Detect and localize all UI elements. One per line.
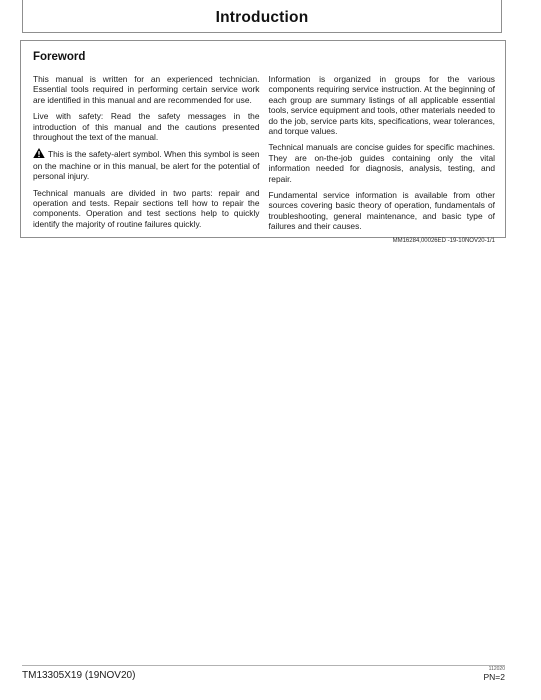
footer-right-block: 112020 PN=2 <box>484 666 506 682</box>
page-number: PN=2 <box>484 672 506 682</box>
document-number: TM13305X19 (19NOV20) <box>22 670 135 681</box>
two-column-text: This manual is written for an experience… <box>33 74 495 245</box>
paragraph: This manual is written for an experience… <box>33 74 260 105</box>
safety-alert-icon <box>33 148 45 160</box>
footer-divider <box>22 665 505 666</box>
intro-title-box: Introduction <box>22 0 502 33</box>
paragraph: This is the safety-alert symbol. When th… <box>33 149 260 181</box>
foreword-section: Foreword This manual is written for an e… <box>20 40 506 238</box>
section-heading: Foreword <box>33 51 495 63</box>
left-column: This manual is written for an experience… <box>33 74 260 245</box>
safety-alert-paragraph: This is the safety-alert symbol. When th… <box>33 148 260 181</box>
paragraph: Technical manuals are concise guides for… <box>269 142 496 184</box>
page-title: Introduction <box>216 9 309 27</box>
paragraph: Fundamental service information is avail… <box>269 190 496 232</box>
paragraph: Technical manuals are divided in two par… <box>33 188 260 230</box>
revision-code: MM16284,00026ED -19-10NOV20-1/1 <box>269 238 496 245</box>
paragraph: Information is organized in groups for t… <box>269 74 496 136</box>
paragraph: Live with safety: Read the safety messag… <box>33 111 260 142</box>
right-column: Information is organized in groups for t… <box>269 74 496 245</box>
